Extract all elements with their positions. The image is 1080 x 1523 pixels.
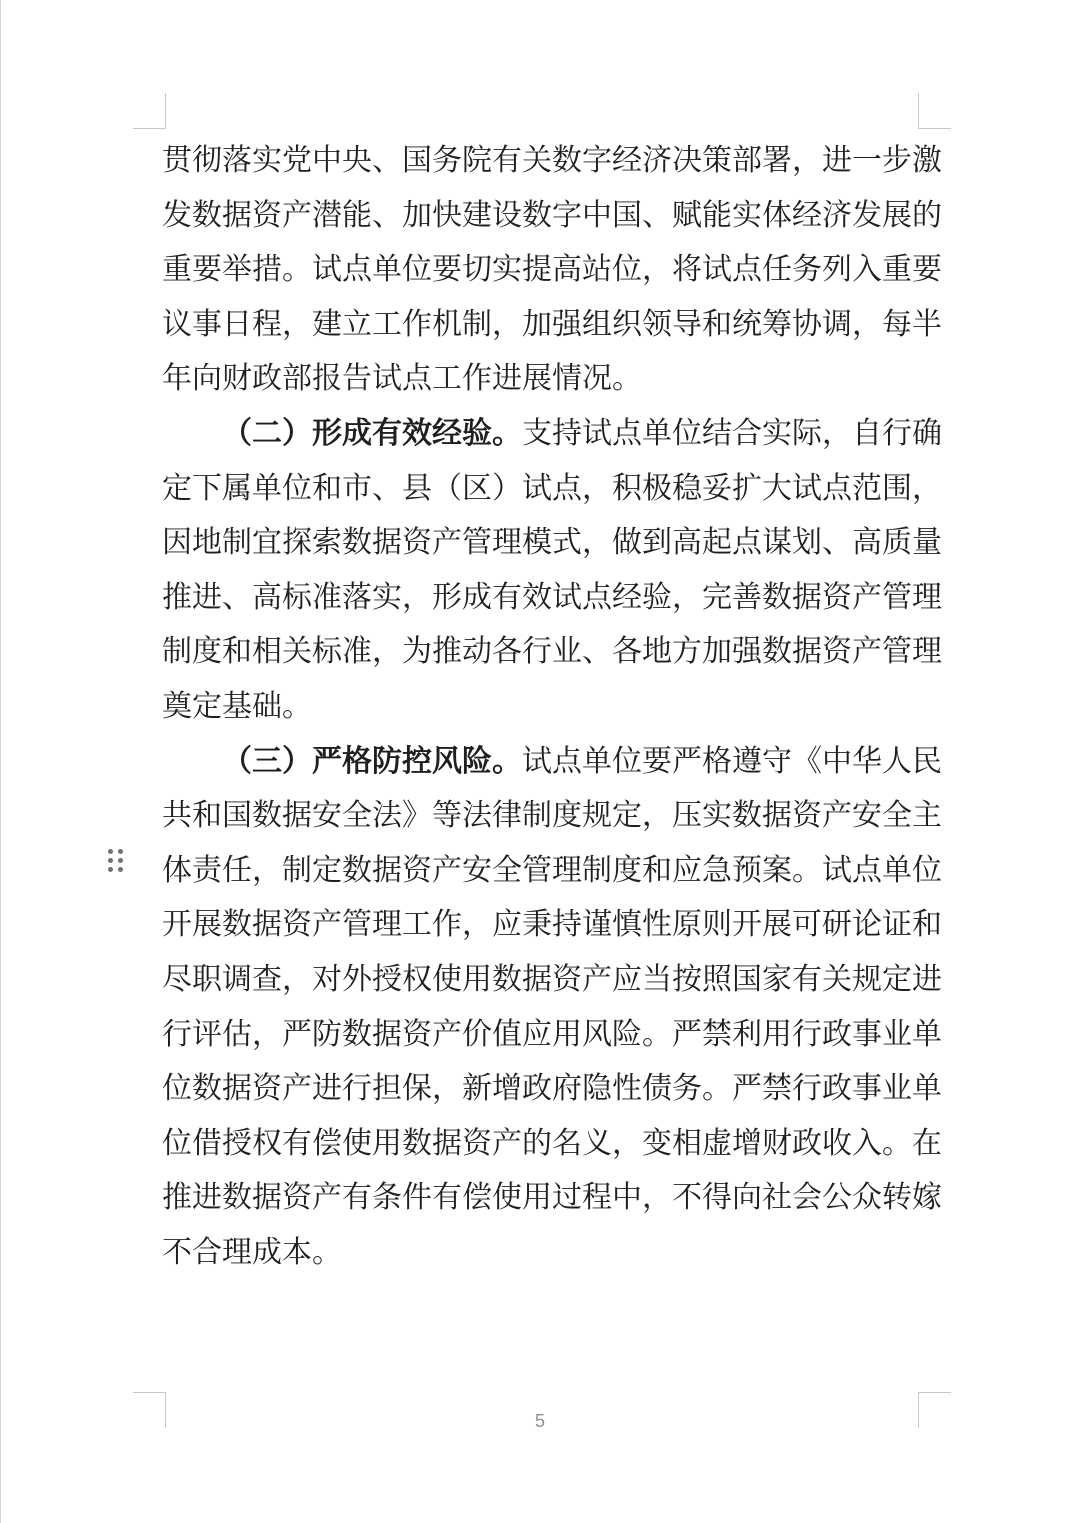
text-line: 位数据资产进行担保，新增政府隐性债务。严禁行政事业单	[162, 1062, 918, 1117]
text-line: （二）形成有效经验。支持试点单位结合实际，自行确	[162, 407, 918, 462]
text-boundary-mark-top-left	[133, 93, 166, 129]
text-line: 开展数据资产管理工作，应秉持谨慎性原则开展可研论证和	[162, 898, 918, 953]
text-line: 不合理成本。	[162, 1226, 918, 1281]
text-line: 奠定基础。	[162, 680, 918, 735]
viewer-left-edge	[0, 0, 1, 1523]
text-line: 发数据资产潜能、加快建设数字中国、赋能实体经济发展的	[162, 189, 918, 244]
section-heading: （三）严格防控风险。	[222, 744, 522, 779]
text-line: 制度和相关标准，为推动各行业、各地方加强数据资产管理	[162, 625, 918, 680]
text-line: 定下属单位和市、县（区）试点，积极稳妥扩大试点范围，	[162, 462, 918, 517]
text-line: （三）严格防控风险。试点单位要严格遵守《中华人民	[162, 735, 918, 790]
text-line: 推进数据资产有条件有偿使用过程中，不得向社会公众转嫁	[162, 1171, 918, 1226]
text-line: 年向财政部报告试点工作进展情况。	[162, 352, 918, 407]
text-line: 共和国数据安全法》等法律制度规定，压实数据资产安全主	[162, 789, 918, 844]
text-line: 体责任，制定数据资产安全管理制度和应急预案。试点单位	[162, 844, 918, 899]
text-line: 议事日程，建立工作机制，加强组织领导和统筹协调，每半	[162, 298, 918, 353]
text-line: 尽职调查，对外授权使用数据资产应当按照国家有关规定进	[162, 953, 918, 1008]
text-line: 因地制宜探索数据资产管理模式，做到高起点谋划、高质量	[162, 516, 918, 571]
document-body: 贯彻落实党中央、国务院有关数字经济决策部署，进一步激发数据资产潜能、加快建设数字…	[162, 134, 918, 1280]
text-boundary-mark-top-right	[918, 93, 951, 129]
drag-handle-icon[interactable]	[108, 849, 123, 872]
text-line: 贯彻落实党中央、国务院有关数字经济决策部署，进一步激	[162, 134, 918, 189]
document-page: 贯彻落实党中央、国务院有关数字经济决策部署，进一步激发数据资产潜能、加快建设数字…	[0, 0, 1080, 1523]
section-heading: （二）形成有效经验。	[222, 416, 522, 451]
text-line: 推进、高标准落实，形成有效试点经验，完善数据资产管理	[162, 571, 918, 626]
text-line: 行评估，严防数据资产价值应用风险。严禁利用行政事业单	[162, 1008, 918, 1063]
page-number: 5	[0, 1408, 1080, 1434]
text-line: 重要举措。试点单位要切实提高站位，将试点任务列入重要	[162, 243, 918, 298]
text-line: 位借授权有偿使用数据资产的名义，变相虚增财政收入。在	[162, 1117, 918, 1172]
